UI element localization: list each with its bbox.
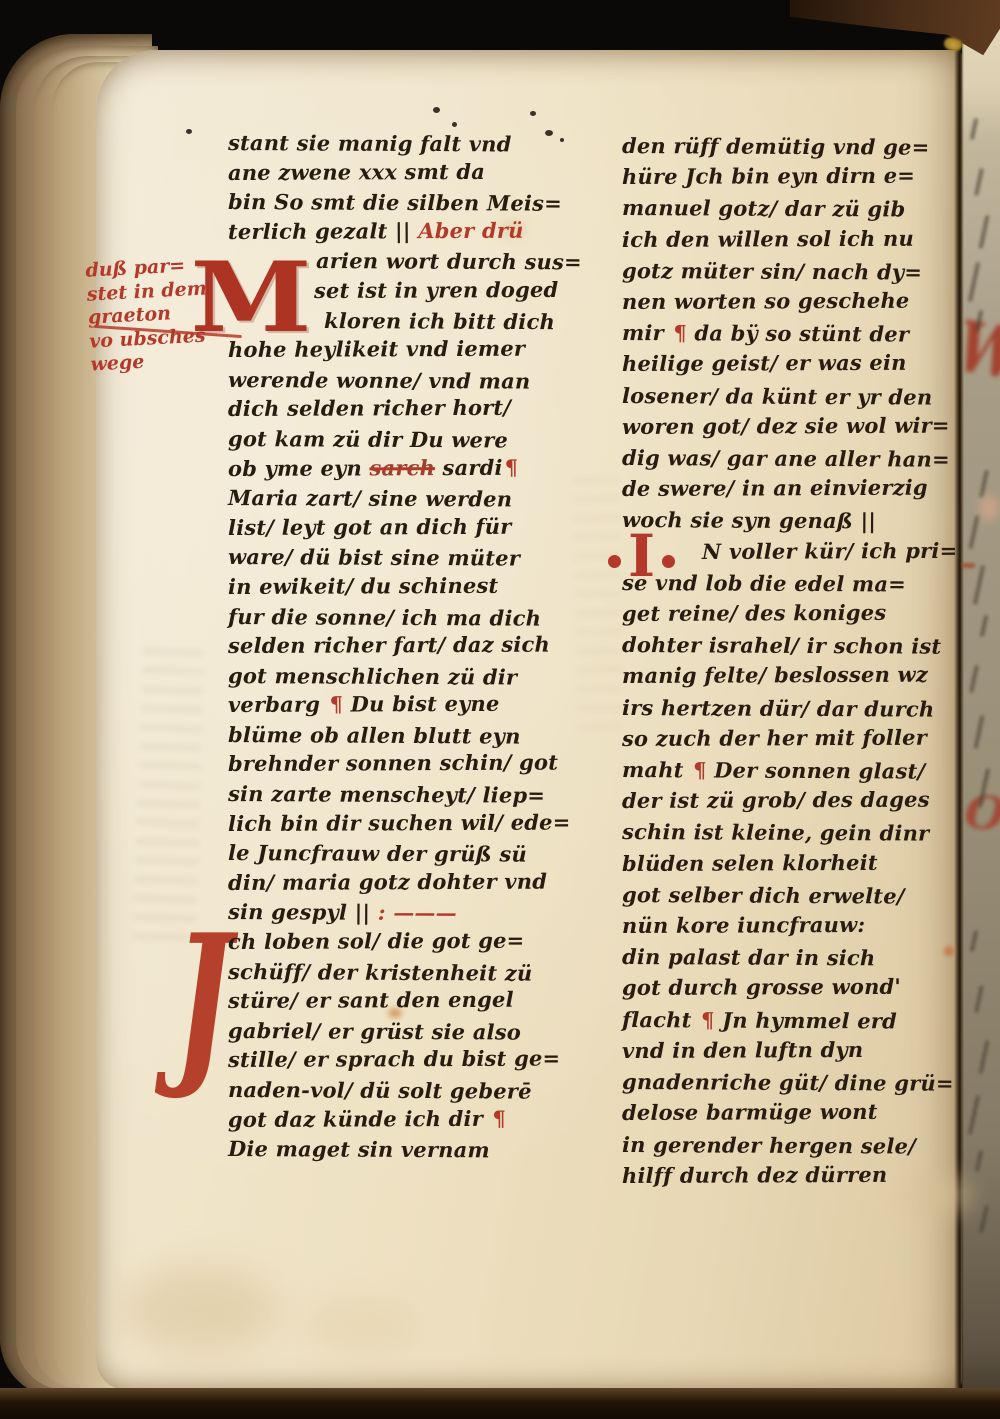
text-line: de swere/ in an einvierzig: [622, 472, 967, 505]
text-line: stant sie manig falt vnd: [228, 128, 580, 159]
text-line: in gerender hergen sele/: [622, 1129, 967, 1162]
text-line: vnd in den luftn dyn: [622, 1033, 967, 1066]
text-line: dig was/ gar ane aller han=: [622, 442, 967, 475]
text-line: terlich gezalt || Aber drü: [228, 215, 580, 246]
text-line: woch sie syn genaß ||: [622, 504, 967, 537]
showthrough-gutter: [573, 470, 624, 731]
text-line: maht ¶ Der sonnen glast/: [622, 754, 967, 787]
text-line: ich den willen sol ich nu: [622, 222, 967, 255]
book-bottom-edge: [0, 1388, 1000, 1419]
text-line: fur die sonne/ ich ma dich: [228, 602, 580, 633]
text-line: woren got/ dez sie wol wir=: [622, 409, 967, 442]
text-line: list/ leyt got an dich für: [228, 511, 580, 542]
text-line: lich bin dir suchen wil/ ede=: [228, 807, 580, 838]
manuscript-photo: W O duß par=stet in demgraetonvo ubsches…: [0, 0, 1000, 1419]
text-line: delose barmüge wont: [622, 1096, 967, 1129]
text-line: ware/ dü bist sine müter: [228, 542, 580, 573]
text-line: heilige geist/ er was ein: [622, 347, 967, 380]
text-line: ch loben sol/ die got ge=: [228, 925, 580, 956]
left-column: stant sie manig falt vndane zwene xxx sm…: [228, 128, 580, 1164]
text-line: dohter israhel/ ir schon ist: [622, 629, 967, 662]
text-line: irs hertzen dür/ dar durch: [622, 692, 967, 725]
text-line: kloren ich bitt dich: [324, 306, 580, 337]
initial-j: J: [174, 912, 232, 1086]
text-line: in ewikeit/ du schinest: [228, 570, 580, 601]
text-line: manig felte/ beslossen wz: [622, 659, 967, 692]
text-line: schin ist kleine, gein dinr: [622, 816, 967, 849]
text-line: got durch grosse wond': [622, 971, 967, 1004]
text-line: blüden selen klorheit: [622, 846, 967, 879]
text-line: din palast dar in sich: [622, 941, 967, 974]
text-line: ob yme eyn sarch sardi¶: [228, 452, 580, 483]
text-line: got selber dich erwelte/: [622, 879, 967, 912]
text-line: gotz müter sin/ nach dy=: [622, 255, 967, 288]
text-line: le Juncfrauw der grüß sü: [228, 838, 580, 869]
text-line: selden richer fart/ daz sich: [228, 630, 580, 661]
text-line: hilff durch dez dürren: [622, 1158, 967, 1191]
text-line: sin gespyl || : ———: [228, 897, 580, 928]
text-line: stüre/ er sant den engel: [228, 985, 580, 1016]
text-line: flacht ¶ Jn hymmel erd: [622, 1004, 967, 1037]
text-line: bin So smt die silben Meis=: [228, 187, 580, 218]
text-line: naden-vol/ dü solt geberē: [228, 1075, 580, 1106]
text-line: den rüff demütig vnd ge=: [622, 130, 967, 163]
text-line: got daz künde ich dir ¶: [228, 1103, 580, 1134]
text-line: got kam zü dir Du were: [228, 424, 580, 455]
text-line: blüme ob allen blutt eyn: [228, 720, 580, 751]
text-line: arien wort durch sus=: [316, 246, 580, 277]
text-line: hohe heylikeit vnd iemer: [228, 334, 580, 365]
text-line: Maria zart/ sine werden: [228, 483, 580, 514]
text-line: werende wonne/ vnd man: [228, 365, 580, 396]
text-line: gabriel/ er grüst sie also: [228, 1016, 580, 1047]
text-line: set ist in yren doged: [314, 275, 580, 306]
text-line: sin zarte menscheyt/ liep=: [228, 779, 580, 810]
text-line: stille/ er sprach du bist ge=: [228, 1044, 580, 1075]
text-line: verbarg ¶ Du bist eyne: [228, 689, 580, 720]
text-line: hüre Jch bin eyn dirn e=: [622, 160, 967, 193]
text-line: schüff/ der kristenheit zü: [228, 957, 580, 988]
text-line: ane zwene xxx smt da: [228, 156, 580, 187]
text-line: brehnder sonnen schin/ got: [228, 748, 580, 779]
text-line: so zuch der her mit foller: [622, 721, 967, 754]
text-line: losener/ da künt er yr den: [622, 380, 967, 413]
text-line: gnadenriche güt/ dine grü=: [622, 1066, 967, 1099]
text-line: din/ maria gotz dohter vnd: [228, 866, 580, 897]
text-line: got menschlichen zü dir: [228, 661, 580, 692]
text-line: der ist zü grob/ des dages: [622, 784, 967, 817]
text-line: N voller kür/ ich pri=: [702, 534, 967, 566]
text-line: nen worten so geschehe: [622, 285, 967, 318]
text-line: nün kore iuncfrauw:: [622, 909, 967, 942]
text-line: Die maget sin vernam: [228, 1134, 580, 1165]
text-line: se vnd lob die edel ma=: [622, 567, 967, 600]
text-line: mir ¶ da bÿ so stünt der: [622, 317, 967, 350]
text-line: manuel gotz/ dar zü gib: [622, 192, 967, 225]
text-line: dich selden richer hort/: [228, 393, 580, 424]
next-page-edge: [962, 0, 1000, 1419]
text-line: get reine/ des koniges: [622, 597, 967, 630]
initial-i-dot: [608, 555, 621, 568]
right-column: den rüff demütig vnd ge=hüre Jch bin eyn…: [622, 130, 967, 1191]
